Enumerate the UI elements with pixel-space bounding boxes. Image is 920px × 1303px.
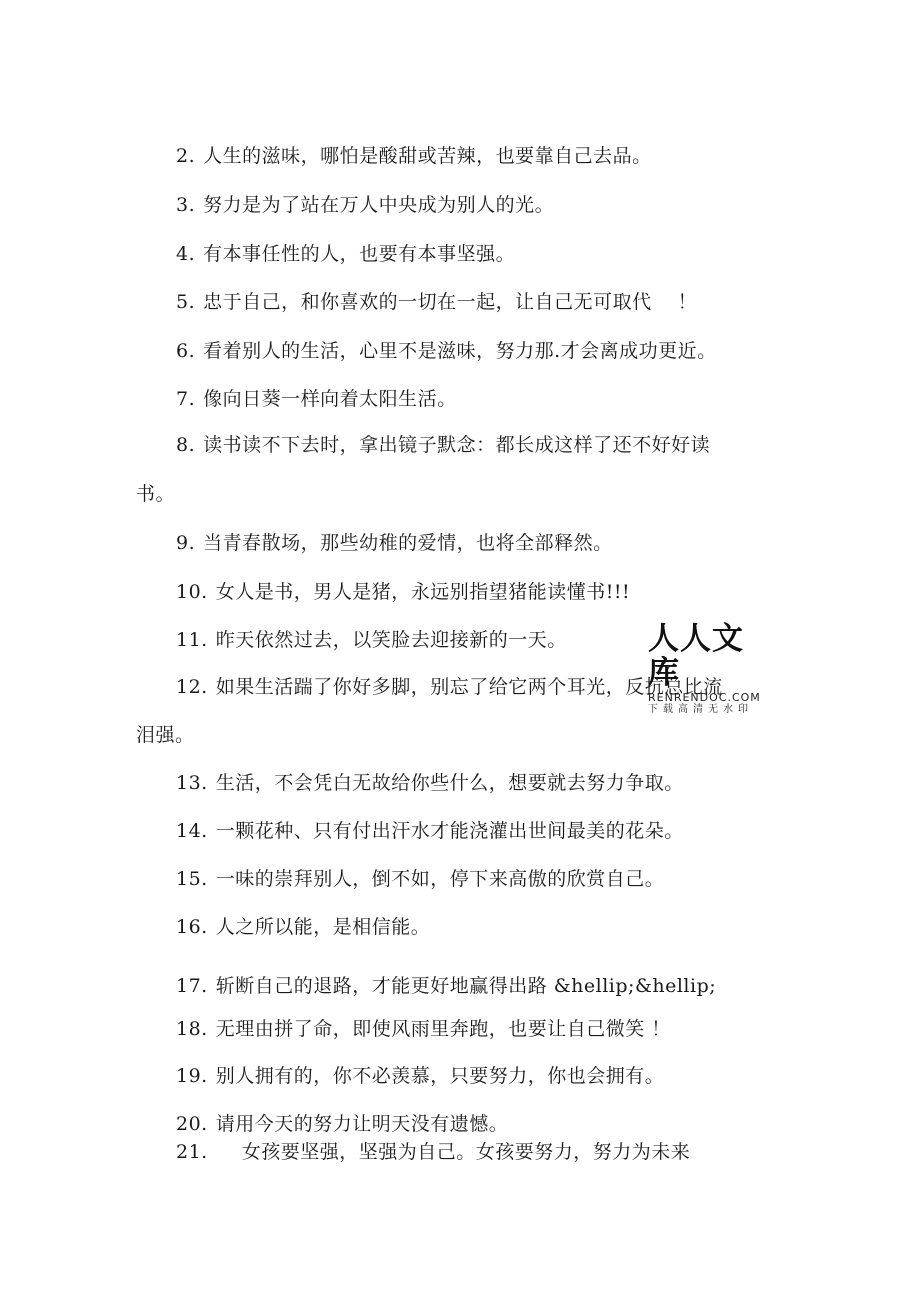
line-number: 12.: [176, 675, 208, 699]
document-line: 17.斩断自己的退路，才能更好地赢得出路 &hellip;&hellip;: [176, 974, 716, 998]
line-number: 14.: [176, 819, 208, 843]
line-text: 泪强。: [136, 724, 195, 746]
document-line: 7.像向日葵一样向着太阳生活。: [176, 387, 457, 411]
line-number: 4.: [176, 242, 195, 266]
line-text: 昨天依然过去，以笑脸去迎接新的一天。: [216, 629, 567, 651]
document-line: 2.人生的滋味，哪怕是酸甜或苦辣，也要靠自己去品。: [176, 144, 652, 168]
line-text: 无理由拼了命，即使风雨里奔跑，也要让自己微笑 ！: [216, 1018, 671, 1040]
line-number: 17.: [176, 974, 208, 998]
document-line: 21. 女孩要坚强，坚强为自己。女孩要努力，努力为未来: [176, 1140, 690, 1164]
watermark-subtitle: 下载高清无水印: [648, 704, 773, 716]
line-text: 当青春散场，那些幼稚的爱情，也将全部释然。: [203, 532, 613, 554]
line-number: 7.: [176, 387, 195, 411]
line-text: 看着别人的生活，心里不是滋味，努力那.才会离成功更近。: [203, 340, 717, 362]
watermark-title: 人人文库: [648, 622, 773, 690]
line-number: 18.: [176, 1017, 208, 1041]
line-number: 19.: [176, 1064, 208, 1088]
line-text: 忠于自己，和你喜欢的一切在一起，让自己无可取代 ！: [203, 291, 697, 313]
line-number: 10.: [176, 580, 208, 604]
line-text: 请用今天的努力让明天没有遗憾。: [216, 1113, 509, 1135]
line-number: 3.: [176, 193, 195, 217]
document-line: 3.努力是为了站在万人中央成为别人的光。: [176, 193, 554, 217]
line-number: 21.: [176, 1140, 208, 1164]
line-number: 15.: [176, 867, 208, 891]
document-line: 20.请用今天的努力让明天没有遗憾。: [176, 1112, 508, 1136]
line-text: 女人是书，男人是猪，永远别指望猪能读懂书!!!: [216, 581, 630, 603]
line-number: 5.: [176, 290, 195, 314]
document-line: 8.读书读不下去时，拿出镜子默念：都长成这样了还不好好读: [176, 433, 710, 457]
document-line: 19.别人拥有的，你不必羡慕，只要努力，你也会拥有。: [176, 1064, 664, 1088]
line-number: 13.: [176, 771, 208, 795]
line-number: 20.: [176, 1112, 208, 1136]
document-line: 5.忠于自己，和你喜欢的一切在一起，让自己无可取代 ！: [176, 290, 697, 314]
line-text: 书。: [136, 483, 175, 505]
document-line: 书。: [136, 482, 175, 506]
line-text: 斩断自己的退路，才能更好地赢得出路 &hellip;&hellip;: [216, 975, 716, 997]
document-line: 10.女人是书，男人是猪，永远别指望猪能读懂书!!!: [176, 580, 630, 604]
document-line: 18.无理由拼了命，即使风雨里奔跑，也要让自己微笑 ！: [176, 1017, 671, 1041]
line-text: 人生的滋味，哪怕是酸甜或苦辣，也要靠自己去品。: [203, 145, 652, 167]
line-text: 别人拥有的，你不必羡慕，只要努力，你也会拥有。: [216, 1065, 665, 1087]
line-text: 读书读不下去时，拿出镜子默念：都长成这样了还不好好读: [203, 434, 710, 456]
line-text: 一颗花种、只有付出汗水才能浇灌出世间最美的花朵。: [216, 820, 684, 842]
line-text: 如果生活踹了你好多脚，别忘了给它两个耳光，反抗总比流: [216, 676, 723, 698]
document-line: 15.一味的崇拜别人，倒不如，停下来高傲的欣赏自己。: [176, 867, 664, 891]
document-line: 11.昨天依然过去，以笑脸去迎接新的一天。: [176, 628, 567, 652]
line-text: 人之所以能，是相信能。: [216, 916, 431, 938]
line-text: 一味的崇拜别人，倒不如，停下来高傲的欣赏自己。: [216, 868, 665, 890]
line-number: 9.: [176, 531, 195, 555]
document-page: 2.人生的滋味，哪怕是酸甜或苦辣，也要靠自己去品。 3.努力是为了站在万人中央成…: [0, 0, 920, 1303]
document-line: 13.生活，不会凭白无故给你些什么，想要就去努力争取。: [176, 771, 684, 795]
document-line: 6.看着别人的生活，心里不是滋味，努力那.才会离成功更近。: [176, 339, 717, 363]
watermark-url: RENRENDOC.COM: [648, 691, 773, 704]
line-text: 女孩要坚强，坚强为自己。女孩要努力，努力为未来: [216, 1141, 691, 1163]
line-number: 11.: [176, 628, 208, 652]
document-line: 9.当青春散场，那些幼稚的爱情，也将全部释然。: [176, 531, 613, 555]
line-number: 2.: [176, 144, 195, 168]
line-text: 有本事任性的人，也要有本事坚强。: [203, 243, 515, 265]
document-line: 14.一颗花种、只有付出汗水才能浇灌出世间最美的花朵。: [176, 819, 684, 843]
document-line: 4.有本事任性的人，也要有本事坚强。: [176, 242, 515, 266]
line-text: 生活，不会凭白无故给你些什么，想要就去努力争取。: [216, 772, 684, 794]
line-number: 16.: [176, 915, 208, 939]
line-text: 像向日葵一样向着太阳生活。: [203, 388, 457, 410]
line-text: 努力是为了站在万人中央成为别人的光。: [203, 194, 554, 216]
line-number: 8.: [176, 433, 195, 457]
document-line: 泪强。: [136, 723, 195, 747]
line-number: 6.: [176, 339, 195, 363]
document-line: 16.人之所以能，是相信能。: [176, 915, 430, 939]
watermark-logo: 人人文库 RENRENDOC.COM 下载高清无水印: [648, 622, 773, 716]
document-line: 12.如果生活踹了你好多脚，别忘了给它两个耳光，反抗总比流: [176, 675, 723, 699]
